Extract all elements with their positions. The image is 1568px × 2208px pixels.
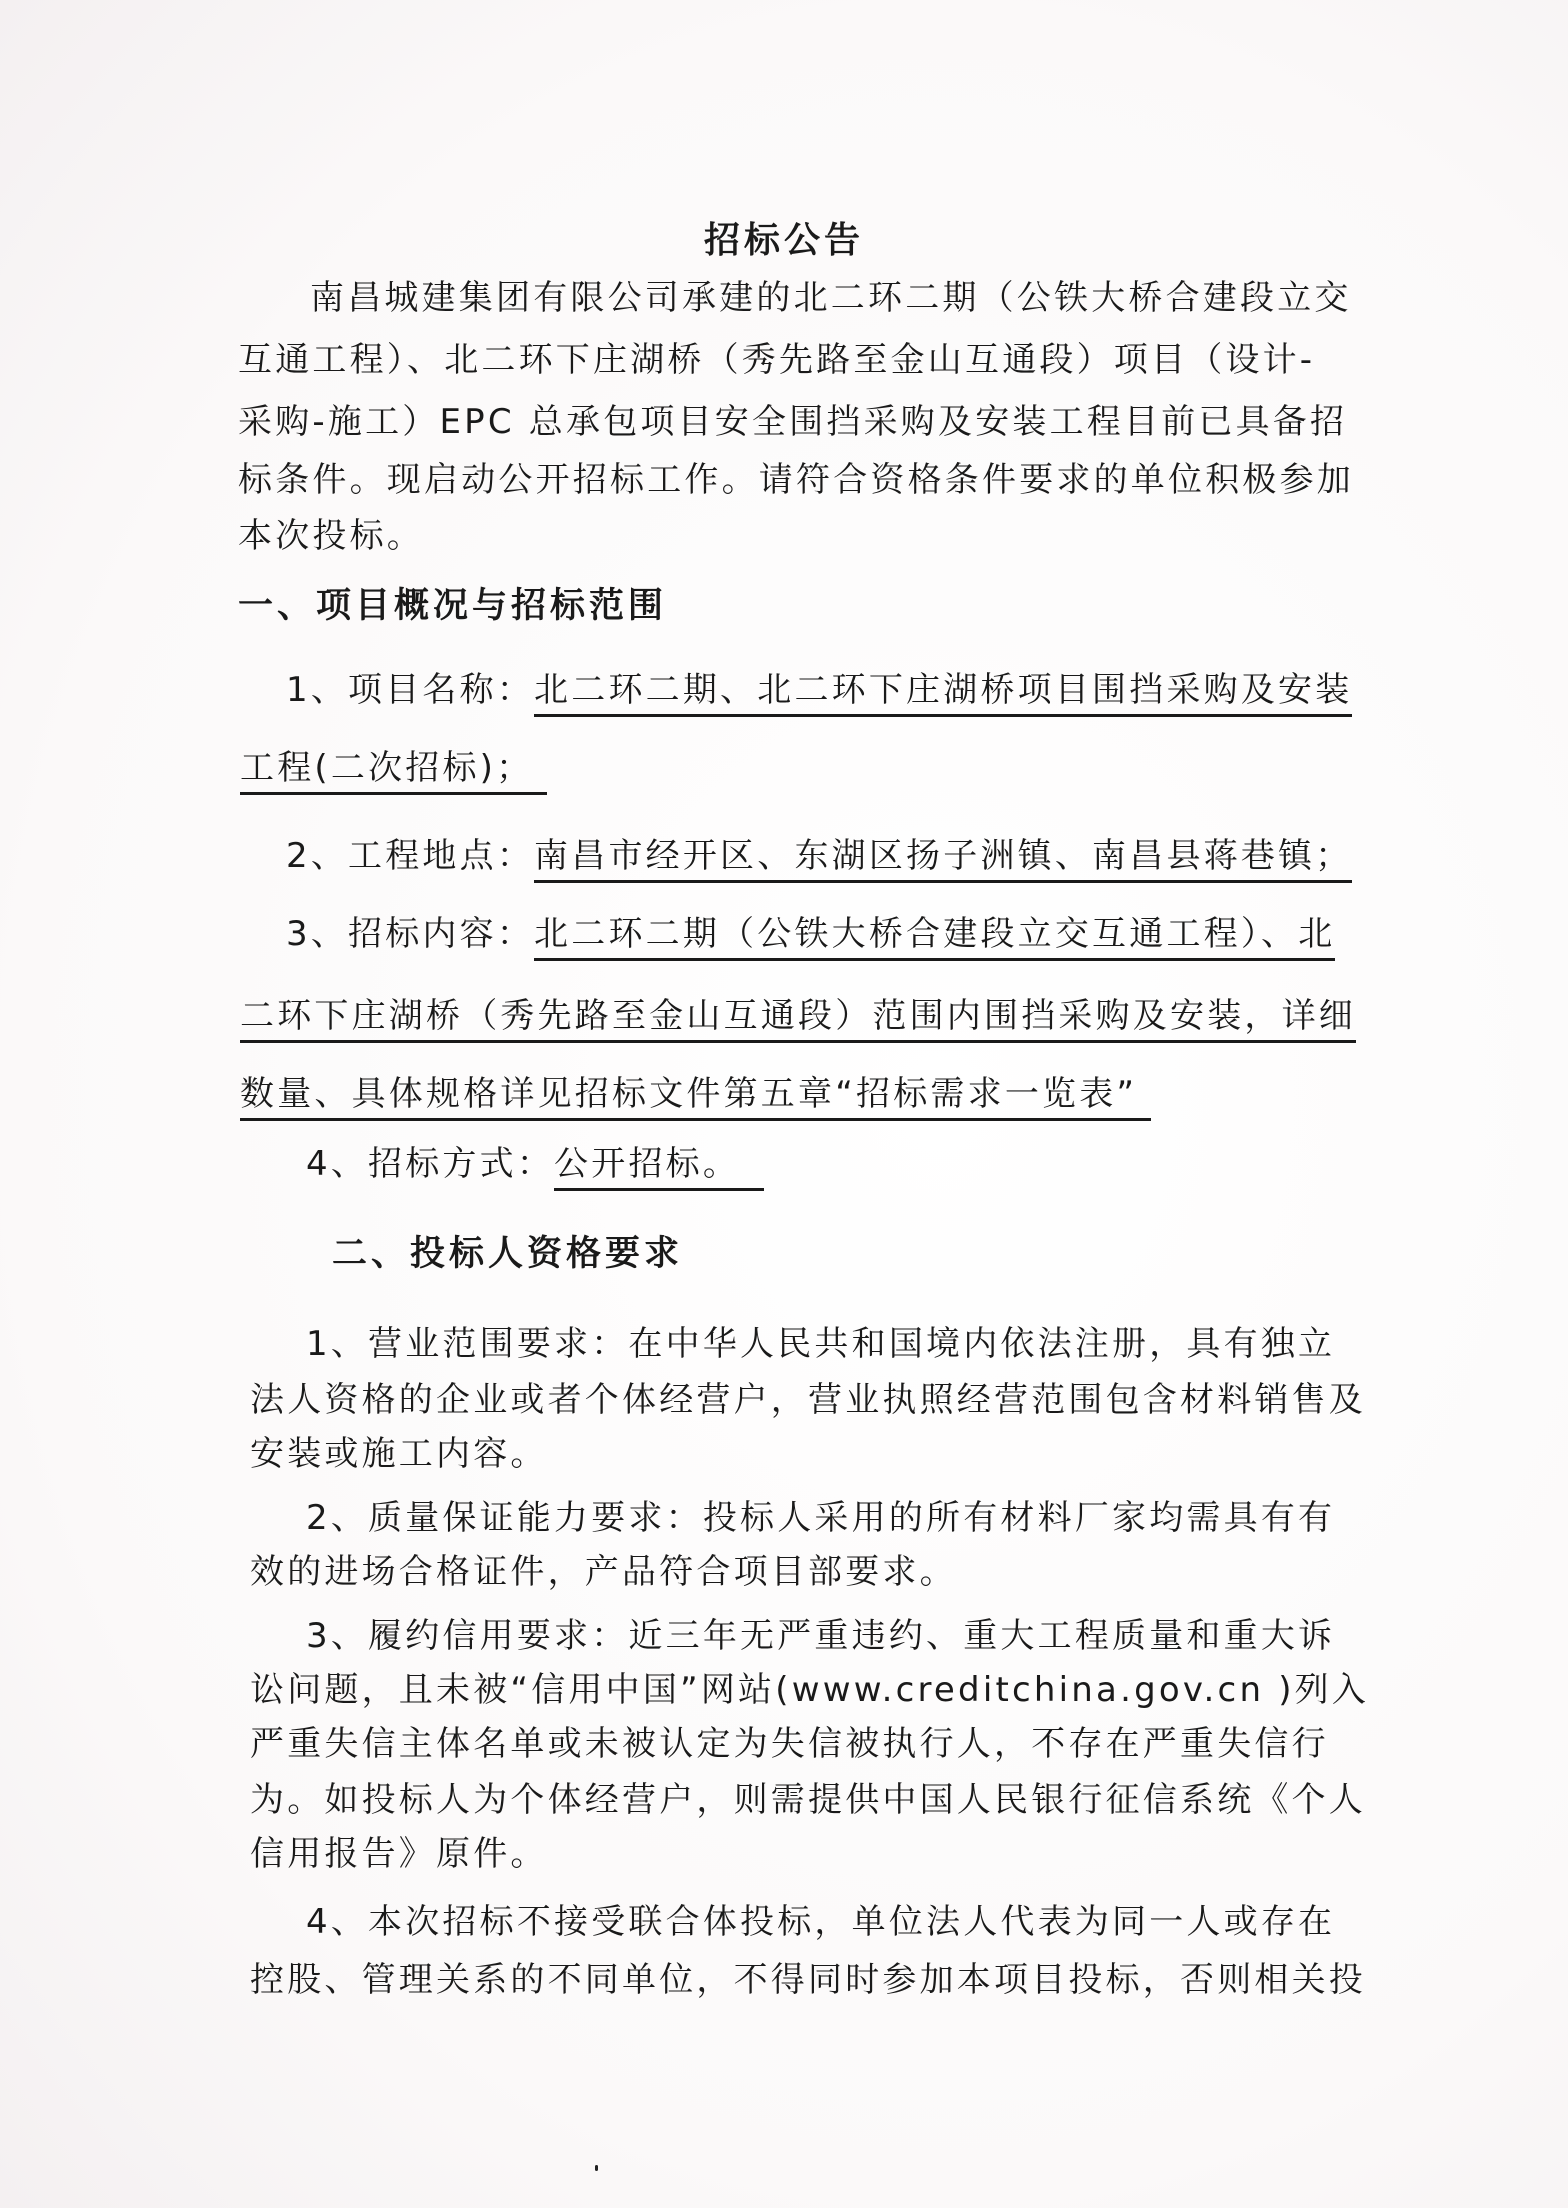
req-line: 法人资格的企业或者个体经营户，营业执照经营范围包含材料销售及 [250, 1378, 1366, 1422]
item-location: 2、工程地点：南昌市经开区、东湖区扬子洲镇、南昌县蒋巷镇； [286, 834, 1352, 878]
intro-line: 采购-施工）EPC 总承包项目安全围挡采购及安装工程目前已具备招 [238, 400, 1347, 444]
section2-heading: 二、投标人资格要求 [332, 1232, 683, 1276]
item-value: 北二环二期、北二环下庄湖桥项目围挡采购及安装 [534, 670, 1352, 717]
req-line: 严重失信主体名单或未被认定为失信被执行人，不存在严重失信行 [250, 1722, 1329, 1766]
item-label: 4、招标方式： [306, 1144, 554, 1184]
section1-heading: 一、项目概况与招标范围 [238, 584, 667, 628]
document-page: 招标公告 南昌城建集团有限公司承建的北二环二期（公铁大桥合建段立交 互通工程）、… [0, 0, 1568, 2208]
intro-line: 本次投标。 [238, 514, 424, 558]
item-value: 公开招标。 [554, 1144, 764, 1191]
scan-speck [595, 2165, 598, 2171]
req-line: 讼问题，且未被“信用中国”网站(www.creditchina.gov.cn )… [250, 1668, 1369, 1712]
intro-line: 标条件。现启动公开招标工作。请符合资格条件要求的单位积极参加 [238, 458, 1354, 502]
item-content-cont: 二环下庄湖桥（秀先路至金山互通段）范围内围挡采购及安装，详细 [240, 994, 1356, 1038]
req-line: 1、营业范围要求：在中华人民共和国境内依法注册，具有独立 [306, 1322, 1335, 1366]
document-title: 招标公告 [0, 212, 1568, 263]
item-content: 3、招标内容：北二环二期（公铁大桥合建段立交互通工程）、北 [286, 912, 1335, 956]
req-line: 2、质量保证能力要求：投标人采用的所有材料厂家均需具有有 [306, 1496, 1335, 1540]
req-line: 为。如投标人为个体经营户，则需提供中国人民银行征信系统《个人 [250, 1778, 1366, 1822]
intro-line: 南昌城建集团有限公司承建的北二环二期（公铁大桥合建段立交 [310, 276, 1352, 320]
item-value: 北二环二期（公铁大桥合建段立交互通工程）、北 [534, 914, 1335, 961]
item-project-name: 1、项目名称：北二环二期、北二环下庄湖桥项目围挡采购及安装 [286, 668, 1352, 712]
req-line: 3、履约信用要求：近三年无严重违约、重大工程质量和重大诉 [306, 1614, 1335, 1658]
item-project-name-cont: 工程(二次招标)； [240, 746, 547, 790]
item-label: 2、工程地点： [286, 836, 534, 876]
item-value: 二环下庄湖桥（秀先路至金山互通段）范围内围挡采购及安装，详细 [240, 996, 1356, 1043]
item-value: 南昌市经开区、东湖区扬子洲镇、南昌县蒋巷镇； [534, 836, 1352, 883]
req-line: 效的进场合格证件，产品符合项目部要求。 [250, 1550, 957, 1594]
item-label: 1、项目名称： [286, 670, 534, 710]
intro-line: 互通工程）、北二环下庄湖桥（秀先路至金山互通段）项目（设计- [238, 338, 1315, 382]
req-line: 4、本次招标不接受联合体投标，单位法人代表为同一人或存在 [306, 1900, 1335, 1944]
item-content-cont: 数量、具体规格详见招标文件第五章“招标需求一览表” [240, 1072, 1151, 1116]
req-line: 安装或施工内容。 [250, 1432, 548, 1476]
item-value: 工程(二次招标)； [240, 748, 547, 795]
item-value: 数量、具体规格详见招标文件第五章“招标需求一览表” [240, 1074, 1151, 1121]
item-method: 4、招标方式：公开招标。 [306, 1142, 764, 1186]
item-label: 3、招标内容： [286, 914, 534, 954]
req-line: 信用报告》原件。 [250, 1832, 548, 1876]
req-line: 控股、管理关系的不同单位，不得同时参加本项目投标，否则相关投 [250, 1958, 1366, 2002]
